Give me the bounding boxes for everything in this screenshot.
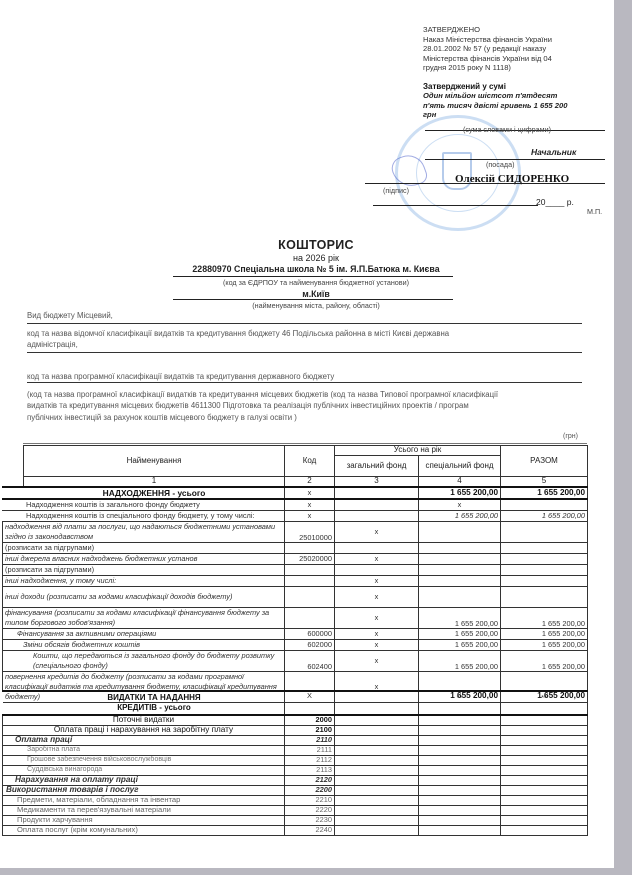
header-code: Код <box>285 446 335 477</box>
income-row-code: 25020000 <box>285 554 335 565</box>
approved-sum-title: Затверджений у сумі <box>423 82 608 92</box>
income-row: (розписати за підгрупами) <box>3 543 588 554</box>
expense-row-special <box>419 715 501 726</box>
date-underline <box>373 205 538 206</box>
position-underline <box>425 159 605 160</box>
income-row-total <box>501 587 588 608</box>
expense-row-code: 2210 <box>285 796 335 806</box>
expense-row-total <box>501 786 588 796</box>
state-program-classification: код та назва програмної класифікації вид… <box>27 372 582 382</box>
expense-total-name: ВИДАТКИ ТА НАДАННЯ КРЕДИТІВ - усього <box>3 691 285 715</box>
expense-row: Медикаменти та перев'язувальні матеріали… <box>3 806 588 816</box>
expense-row-general <box>335 776 419 786</box>
document-page: ЗАТВЕРДЖЕНО Наказ Міністерства фінансів … <box>0 0 614 868</box>
income-row-total <box>501 522 588 543</box>
col-number: 1 <box>24 477 285 487</box>
divider <box>173 276 453 277</box>
approval-order-line: Наказ Міністерства фінансів України <box>423 35 608 45</box>
income-row-name: Зміни обсягів бюджетних коштів <box>3 640 285 651</box>
income-row-special-fund <box>419 554 501 565</box>
expense-row: Суддівська винагорода2113 <box>3 766 588 776</box>
income-row-general-fund: х <box>335 587 419 608</box>
income-row-code <box>285 587 335 608</box>
income-row-special-fund: 1 655 200,00 <box>419 651 501 672</box>
expense-row-total <box>501 816 588 826</box>
income-row-total: 1 655 200,00 <box>501 640 588 651</box>
expense-row-special <box>419 756 501 766</box>
estimate-table-header: Найменування Код Усього на рік РАЗОМ заг… <box>23 445 588 487</box>
expense-row-total <box>501 726 588 736</box>
income-row-special-fund: 1 655 200,00 <box>419 511 501 522</box>
city-caption: (найменування міста, району, області) <box>0 301 614 310</box>
income-row-code <box>285 543 335 554</box>
expense-total-sum: 1 655 200,00 <box>501 691 588 715</box>
stamp-place-caption: М.П. <box>587 207 602 216</box>
col-number: 3 <box>335 477 419 487</box>
expense-row: Оплата праці2110 <box>3 736 588 746</box>
divider <box>27 382 582 383</box>
expense-row-code: 2112 <box>285 756 335 766</box>
expense-row-name: Оплата праці і нарахування на заробітну … <box>3 726 285 736</box>
sum-caption: (сума словами і цифрами) <box>463 125 551 134</box>
income-row-name: Надходження коштів із загального фонду б… <box>3 499 285 511</box>
expense-row: Грошове забезпечення військовослужбовців… <box>3 756 588 766</box>
expense-row-code: 2113 <box>285 766 335 776</box>
income-row-code: 602000 <box>285 640 335 651</box>
expense-row-special <box>419 806 501 816</box>
expense-row-code: 2110 <box>285 736 335 746</box>
expense-row-name: Предмети, матеріали, обладнання та інвен… <box>3 796 285 806</box>
signature-caption: (підпис) <box>383 186 409 195</box>
income-row-total: 1 655 200,00 <box>501 608 588 629</box>
income-row-special-fund: 1 655 200,00 <box>419 629 501 640</box>
expense-row-special <box>419 766 501 776</box>
income-row-name: Кошти, що передаються із загального фонд… <box>3 651 285 672</box>
expense-row-code: 2100 <box>285 726 335 736</box>
expense-row-general <box>335 736 419 746</box>
income-row-general-fund <box>335 499 419 511</box>
expense-row-general <box>335 726 419 736</box>
income-row-general-fund: х <box>335 640 419 651</box>
income-row-special-fund: 1 655 200,00 <box>419 608 501 629</box>
expense-row-name: Оплата послуг (крім комунальних) <box>3 826 285 836</box>
expense-row-name: Заробітна плата <box>3 746 285 756</box>
expense-total-special: 1 655 200,00 <box>419 691 501 715</box>
expense-row-general <box>335 715 419 726</box>
expense-row-general <box>335 806 419 816</box>
approval-order-line: грудня 2015 року N 1118) <box>423 63 608 73</box>
income-row-special-fund <box>419 543 501 554</box>
expense-row-code: 2111 <box>285 746 335 756</box>
income-row-total: 1 655 200,00 <box>501 487 588 499</box>
income-row-name: інші доходи (розписати за кодами класифі… <box>3 587 285 608</box>
city-name: м.Київ <box>0 289 614 299</box>
col-number: 5 <box>501 477 588 487</box>
expense-row-special <box>419 726 501 736</box>
approval-order-line: Міністерства фінансів України від 04 <box>423 54 608 64</box>
expense-row-name: Суддівська винагорода <box>3 766 285 776</box>
income-row-name: НАДХОДЖЕННЯ - усього <box>3 487 285 499</box>
income-row-special-fund <box>419 522 501 543</box>
currency-label: (грн) <box>563 433 578 440</box>
income-row-code: х <box>285 511 335 522</box>
expense-row: Предмети, матеріали, обладнання та інвен… <box>3 796 588 806</box>
expense-row-total <box>501 766 588 776</box>
income-row: Кошти, що передаються із загального фонд… <box>3 651 588 672</box>
expense-row-name: Поточні видатки <box>3 715 285 726</box>
income-row-name: надходження від плати за послуги, що над… <box>3 522 285 543</box>
income-row-special-fund <box>419 565 501 576</box>
expense-row-name: Медикаменти та перев'язувальні матеріали <box>3 806 285 816</box>
income-row-special-fund: 1 655 200,00 <box>419 640 501 651</box>
income-row-total: 1 655 200,00 <box>501 651 588 672</box>
income-row-total <box>501 565 588 576</box>
expense-total-name-line: КРЕДИТІВ - усього <box>26 703 282 713</box>
income-row-name: (розписати за підгрупами) <box>3 565 285 576</box>
local-program-line: видатків та кредитування місцевих бюджет… <box>27 401 582 411</box>
expense-row-total <box>501 796 588 806</box>
approval-block: ЗАТВЕРДЖЕНО Наказ Міністерства фінансів … <box>423 25 608 120</box>
income-row-special-fund <box>419 576 501 587</box>
income-row-general-fund: х <box>335 608 419 629</box>
income-row-special-fund: х <box>419 499 501 511</box>
income-row-name: фінансування (розписати за кодами класиф… <box>3 608 285 629</box>
income-row-code <box>285 565 335 576</box>
income-row-name: Фінансування за активними операціями <box>3 629 285 640</box>
approval-order-line: 28.01.2002 № 57 (у редакції наказу <box>423 44 608 54</box>
expense-row-code: 2120 <box>285 776 335 786</box>
expense-row-total <box>501 806 588 816</box>
expense-row-special <box>419 746 501 756</box>
income-row: інші джерела власних надходжень бюджетни… <box>3 554 588 565</box>
divider <box>173 299 453 300</box>
expense-row: Оплата праці і нарахування на заробітну … <box>3 726 588 736</box>
expense-row-code: 2230 <box>285 816 335 826</box>
income-row: Надходження коштів із спеціального фонду… <box>3 511 588 522</box>
expense-row-general <box>335 826 419 836</box>
expense-row-name: Продукти харчування <box>3 816 285 826</box>
income-row-total <box>501 554 588 565</box>
income-row: Надходження коштів із загального фонду б… <box>3 499 588 511</box>
income-row-name: Надходження коштів із спеціального фонду… <box>3 511 285 522</box>
expense-row-general <box>335 746 419 756</box>
expense-row-general <box>335 796 419 806</box>
income-row-total <box>501 576 588 587</box>
header-total: РАЗОМ <box>501 446 588 477</box>
expense-row: Продукти харчування2230 <box>3 816 588 826</box>
expense-row-total <box>501 736 588 746</box>
expense-row-special <box>419 816 501 826</box>
expense-row-name: Оплата праці <box>3 736 285 746</box>
income-row-general-fund: х <box>335 651 419 672</box>
income-row-name: інші джерела власних надходжень бюджетни… <box>3 554 285 565</box>
income-row-special-fund <box>419 587 501 608</box>
income-row: Зміни обсягів бюджетних коштів602000х1 6… <box>3 640 588 651</box>
expense-row-general <box>335 816 419 826</box>
approval-heading: ЗАТВЕРДЖЕНО <box>423 25 608 35</box>
income-row-code: 600000 <box>285 629 335 640</box>
income-row: (розписати за підгрупами) <box>3 565 588 576</box>
signature-underline <box>365 183 605 184</box>
expense-row: Нарахування на оплату праці2120 <box>3 776 588 786</box>
expense-table: ВИДАТКИ ТА НАДАННЯ КРЕДИТІВ - усього Х 1… <box>2 690 588 836</box>
income-row: Фінансування за активними операціями6000… <box>3 629 588 640</box>
income-row: інші доходи (розписати за кодами класифі… <box>3 587 588 608</box>
expense-row-name: Використання товарів і послуг <box>3 786 285 796</box>
expense-row: Поточні видатки2000 <box>3 715 588 726</box>
expense-row-total <box>501 826 588 836</box>
income-row-general-fund: х <box>335 554 419 565</box>
header-total-year: Усього на рік <box>335 446 501 456</box>
expense-row-name: Нарахування на оплату праці <box>3 776 285 786</box>
col-number: 2 <box>285 477 335 487</box>
approved-sum-words: п'ять тисяч двісті гривень 1 655 200 <box>423 101 608 111</box>
departmental-classification-cont: адміністрація, <box>27 340 582 350</box>
col-number: 4 <box>419 477 501 487</box>
income-row-total <box>501 543 588 554</box>
departmental-classification: код та назва відомчої класифікації видат… <box>27 329 582 339</box>
signer-position: Начальник <box>531 147 576 157</box>
income-row-code <box>285 608 335 629</box>
income-row-code: 602400 <box>285 651 335 672</box>
expense-row-special <box>419 736 501 746</box>
income-row-code: х <box>285 499 335 511</box>
institution-caption: (код за ЄДРПОУ та найменування бюджетної… <box>0 278 614 287</box>
approval-date: 20____ р. <box>536 197 574 207</box>
institution-name: 22880970 Спеціальна школа № 5 ім. Я.П.Ба… <box>0 264 614 274</box>
expense-row-total <box>501 715 588 726</box>
income-row: НАДХОДЖЕННЯ - усьогох1 655 200,001 655 2… <box>3 487 588 499</box>
expense-row: Використання товарів і послуг2200 <box>3 786 588 796</box>
expense-row-total <box>501 746 588 756</box>
divider <box>27 323 582 324</box>
expense-row-special <box>419 776 501 786</box>
income-row-general-fund <box>335 487 419 499</box>
expense-row: Заробітна плата2111 <box>3 746 588 756</box>
income-row-total: 1 655 200,00 <box>501 511 588 522</box>
income-row-name: інші надходження, у тому числі: <box>3 576 285 587</box>
expense-total-name-line: ВИДАТКИ ТА НАДАННЯ <box>26 693 282 703</box>
income-row: фінансування (розписати за кодами класиф… <box>3 608 588 629</box>
expense-row-name: Грошове забезпечення військовослужбовців <box>3 756 285 766</box>
expense-row-general <box>335 786 419 796</box>
local-program-line: (код та назва програмної класифікації ви… <box>27 390 582 400</box>
income-row-special-fund: 1 655 200,00 <box>419 487 501 499</box>
income-row-general-fund <box>335 543 419 554</box>
header-general-fund: загальний фонд <box>335 456 419 477</box>
header-special-fund: спеціальний фонд <box>419 456 501 477</box>
expense-row-special <box>419 826 501 836</box>
expense-row-code: 2240 <box>285 826 335 836</box>
income-row-general-fund: х <box>335 629 419 640</box>
income-table: НАДХОДЖЕННЯ - усьогох1 655 200,001 655 2… <box>2 486 588 703</box>
expense-total-code: Х <box>285 691 335 715</box>
income-row-name: (розписати за підгрупами) <box>3 543 285 554</box>
income-row: інші надходження, у тому числі:х <box>3 576 588 587</box>
expense-row-total <box>501 756 588 766</box>
income-row-general-fund <box>335 565 419 576</box>
income-row-total <box>501 499 588 511</box>
income-row-code: х <box>285 487 335 499</box>
expense-row-total <box>501 776 588 786</box>
expense-row-code: 2000 <box>285 715 335 726</box>
approved-sum-words: Один мільйон шістсот п'ятдесят <box>423 91 608 101</box>
expense-row: Оплата послуг (крім комунальних)2240 <box>3 826 588 836</box>
document-year: на 2026 рік <box>0 253 614 263</box>
income-row: надходження від плати за послуги, що над… <box>3 522 588 543</box>
expense-row-code: 2220 <box>285 806 335 816</box>
income-row-general-fund: х <box>335 522 419 543</box>
income-row-code: 25010000 <box>285 522 335 543</box>
expense-row-special <box>419 796 501 806</box>
divider <box>27 352 582 353</box>
budget-type: Вид бюджету Місцевий, <box>27 311 582 321</box>
expense-row-general <box>335 756 419 766</box>
income-row-general-fund: х <box>335 576 419 587</box>
position-caption: (посада) <box>486 160 514 169</box>
income-row-total: 1 655 200,00 <box>501 629 588 640</box>
income-row-general-fund <box>335 511 419 522</box>
expense-row-special <box>419 786 501 796</box>
expense-row-general <box>335 766 419 776</box>
local-program-line: публічних інвестицій за рахунок коштів м… <box>27 413 582 423</box>
income-row-code <box>285 576 335 587</box>
expense-row-code: 2200 <box>285 786 335 796</box>
header-name: Найменування <box>24 446 285 477</box>
expense-total-general <box>335 691 419 715</box>
document-title: КОШТОРИС <box>0 238 614 252</box>
divider <box>23 443 587 444</box>
